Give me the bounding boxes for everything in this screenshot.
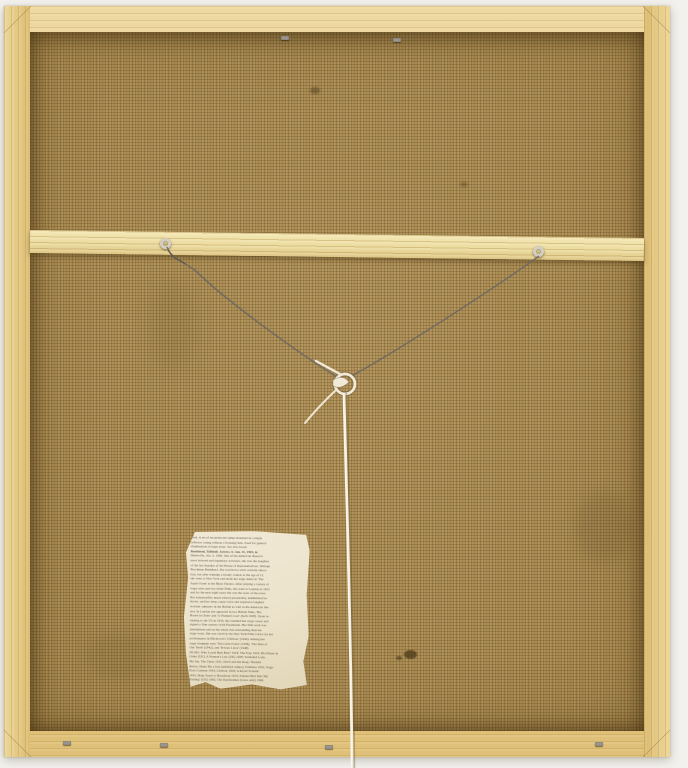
- frame-right-rail: [644, 6, 670, 757]
- staple-icon: [595, 742, 603, 746]
- screw-eye-icon: [533, 246, 544, 257]
- stain: [575, 492, 635, 562]
- staple-icon: [393, 38, 401, 42]
- photo-background: bank. A set of incandescent lamps mounte…: [0, 0, 688, 768]
- staple-icon: [160, 743, 168, 747]
- newspaper-clipping: bank. A set of incandescent lamps mounte…: [183, 530, 310, 690]
- backing-board: [30, 32, 644, 731]
- staple-icon: [63, 741, 71, 745]
- stain: [310, 87, 320, 94]
- staple-icon: [325, 745, 333, 749]
- picture-frame: [4, 6, 670, 757]
- stain: [150, 282, 196, 372]
- screw-eye-icon: [160, 238, 171, 249]
- stain: [460, 182, 468, 187]
- stain: [404, 650, 417, 659]
- staple-icon: [281, 36, 289, 40]
- stain: [396, 656, 402, 660]
- frame-left-rail: [4, 6, 30, 757]
- stain: [85, 632, 155, 678]
